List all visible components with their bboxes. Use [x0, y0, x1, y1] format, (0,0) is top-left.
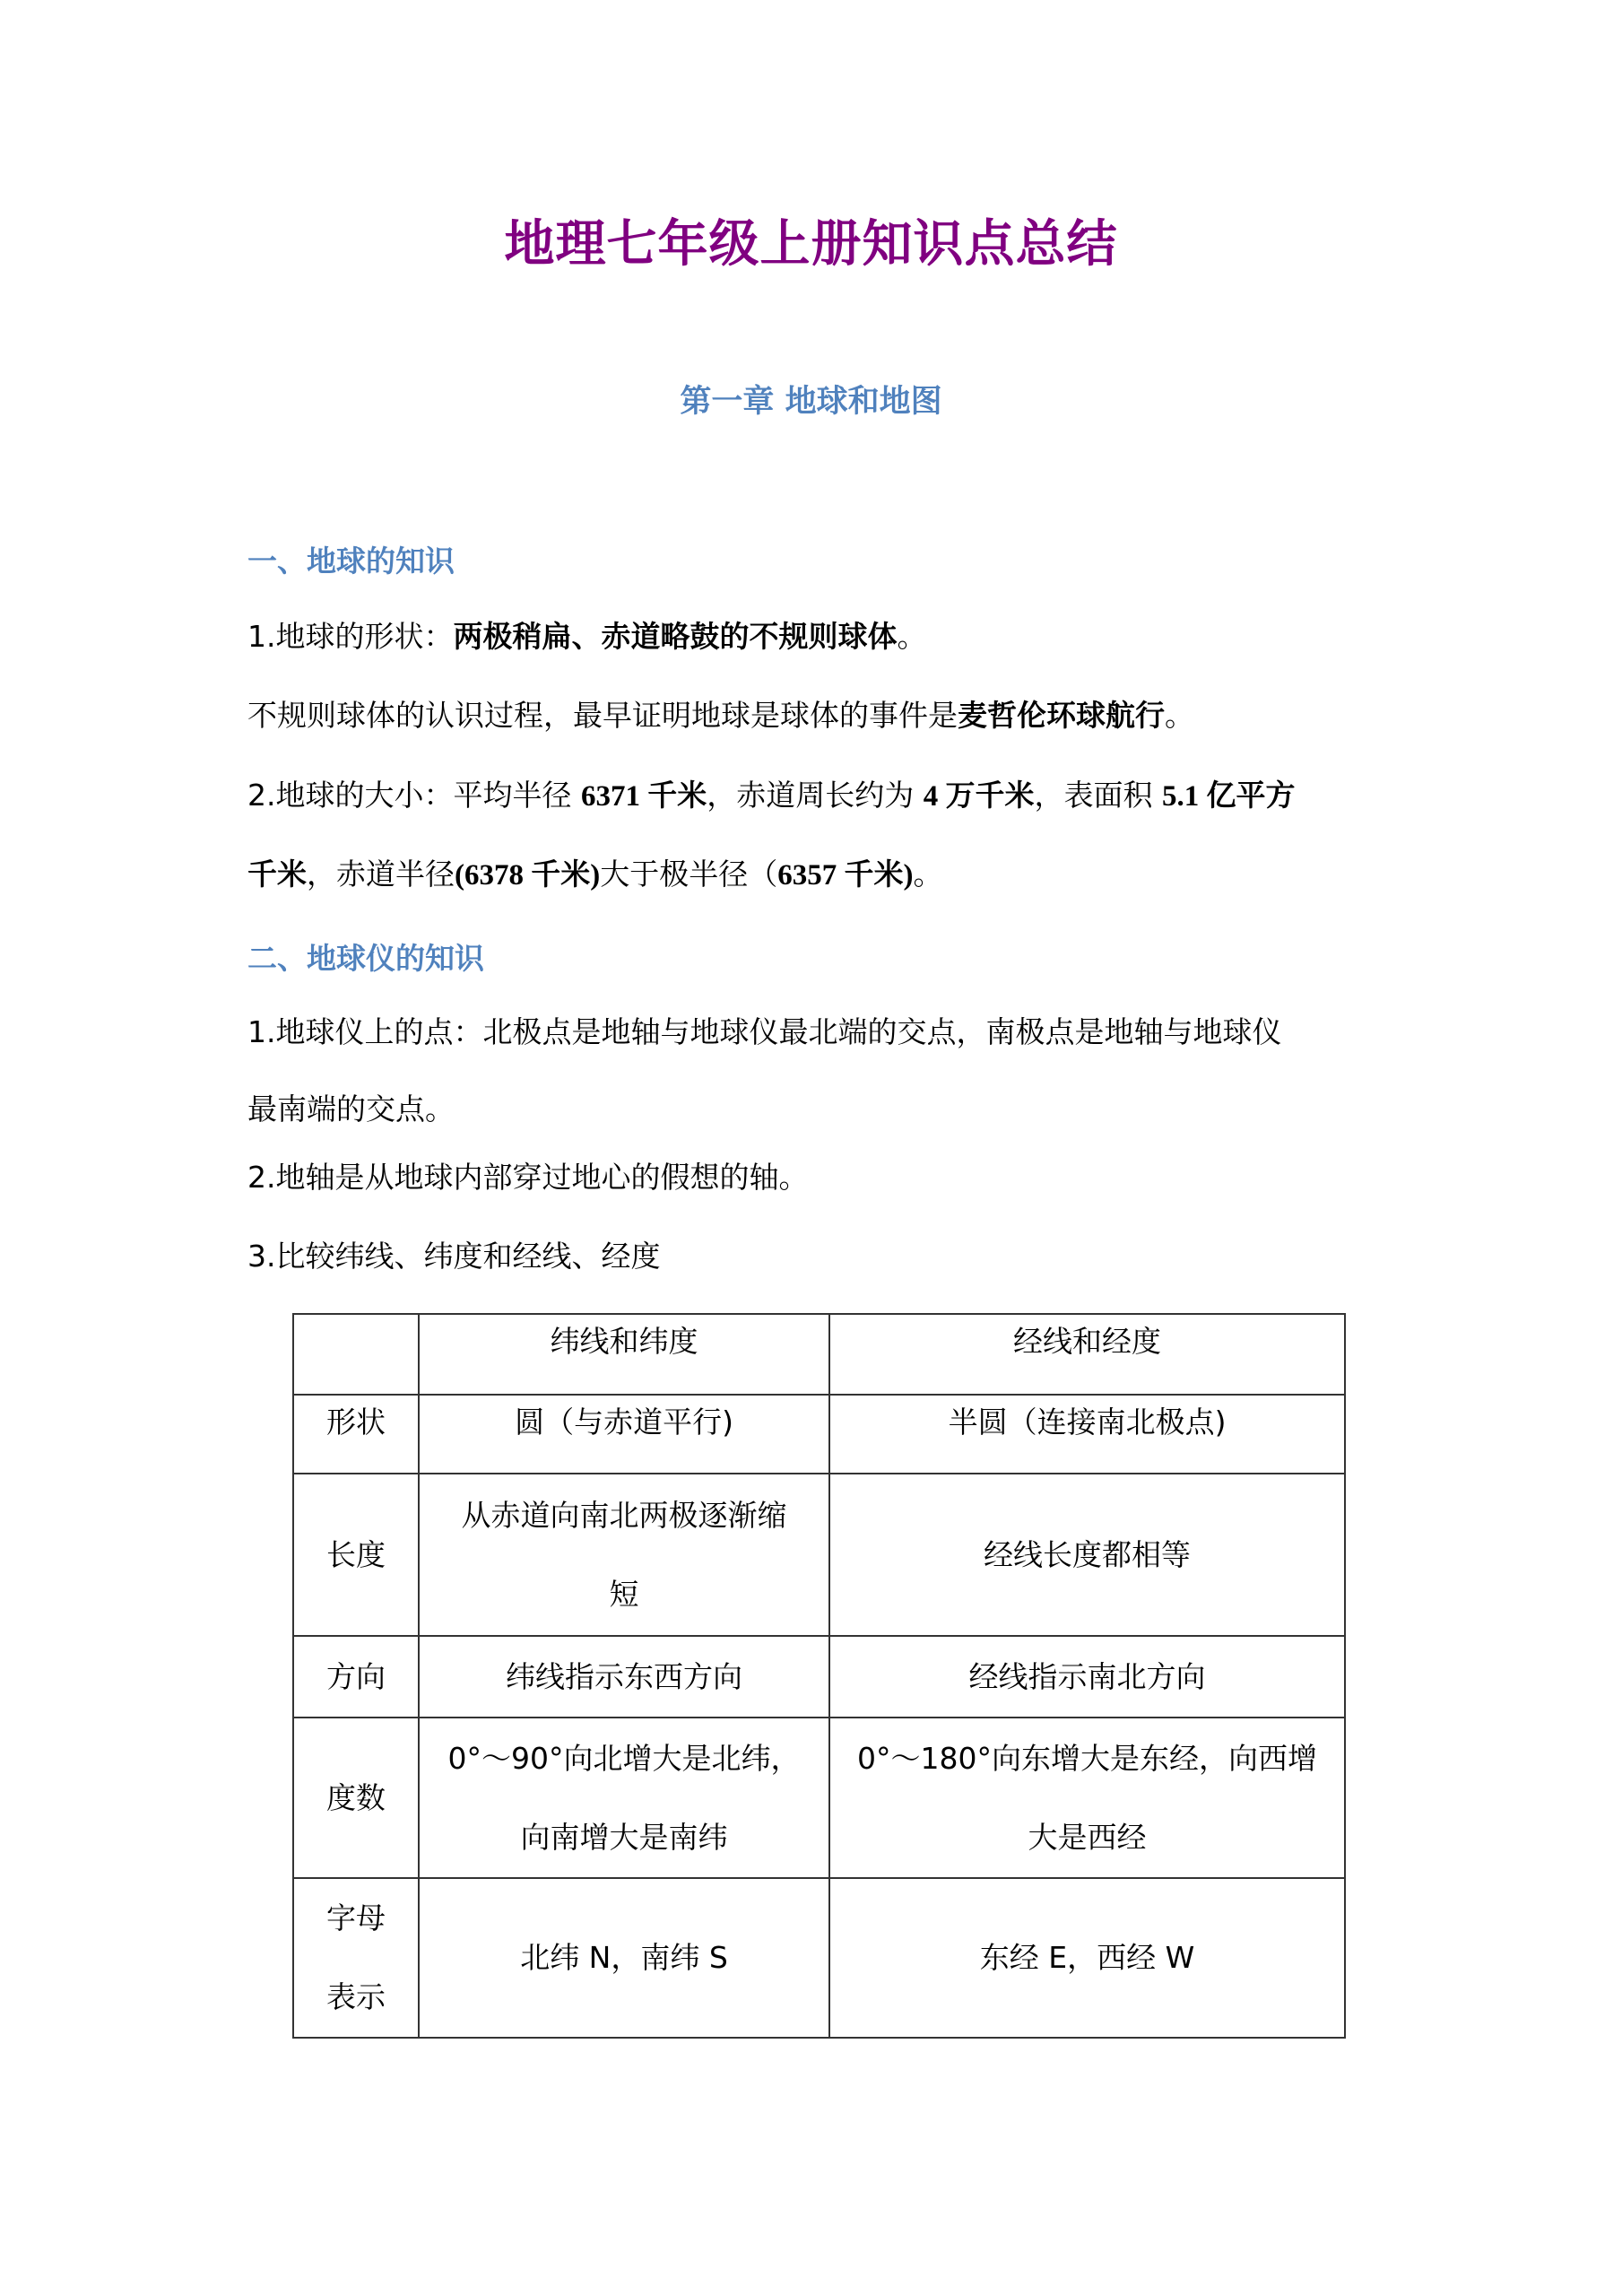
- table-header-cell-empty: [293, 1314, 419, 1395]
- paragraph-suffix: 。: [1165, 698, 1194, 733]
- text-run: ，赤道周长约为: [707, 778, 924, 813]
- cell-line: 大是西经: [841, 1798, 1333, 1877]
- paragraph-globe-points-line1: 1.地球仪上的点：北极点是地轴与地球仪最北端的交点，南极点是地轴与地球仪: [247, 1013, 1282, 1052]
- bold-run: 5.1 亿平方: [1162, 780, 1296, 813]
- bold-run: 千米: [247, 857, 307, 891]
- table-row: 形状 圆（与赤道平行) 半圆（连接南北极点): [293, 1395, 1345, 1474]
- bold-run: 6371 千米: [581, 780, 707, 813]
- table-row: 方向 纬线指示东西方向 经线指示南北方向: [293, 1636, 1345, 1718]
- text-run: ，表面积: [1034, 778, 1162, 813]
- table-row-label: 字母 表示: [293, 1878, 419, 2038]
- cell-line: 0°～90°向北增大是北纬，: [430, 1719, 818, 1798]
- cell-line: 向南增大是南纬: [430, 1798, 818, 1877]
- comparison-table: 纬线和纬度 经线和经度 形状 圆（与赤道平行) 半圆（连接南北极点) 长度 从赤…: [292, 1313, 1346, 2039]
- paragraph-suffix: 。: [898, 619, 927, 654]
- bold-run: 4 万千米: [924, 780, 1035, 813]
- paragraph-earth-shape: 1.地球的形状：两极稍扁、赤道略鼓的不规则球体。: [247, 617, 927, 657]
- paragraph-earth-size-line2: 千米，赤道半径(6378 千米)大于极半径（6357 千米)。: [247, 855, 942, 895]
- table-row-label: 长度: [293, 1474, 419, 1636]
- table-cell-latitude: 北纬 N，南纬 S: [419, 1878, 829, 2038]
- bold-run: 6357 千米): [777, 859, 913, 891]
- table-cell-longitude: 经线长度都相等: [829, 1474, 1345, 1636]
- table-cell-latitude: 纬线指示东西方向: [419, 1636, 829, 1718]
- table-cell-latitude: 圆（与赤道平行): [419, 1395, 829, 1474]
- table-row-label: 度数: [293, 1718, 419, 1878]
- table-cell-longitude: 经线指示南北方向: [829, 1636, 1345, 1718]
- cell-line: 0°～180°向东增大是东经，向西增: [841, 1719, 1333, 1798]
- text-run: ，赤道半径: [307, 857, 455, 891]
- table-cell-longitude: 东经 E，西经 W: [829, 1878, 1345, 2038]
- paragraph-earth-size-line1: 2.地球的大小：平均半径 6371 千米，赤道周长约为 4 万千米，表面积 5.…: [247, 776, 1295, 816]
- chapter-heading: 第一章 地球和地图: [0, 377, 1622, 422]
- text-run: 2.地球的大小：平均半径: [247, 778, 581, 813]
- section-heading-earth: 一、地球的知识: [247, 538, 455, 580]
- paragraph-compare-intro: 3.比较纬线、纬度和经线、经度: [247, 1237, 661, 1276]
- table-row-label: 形状: [293, 1395, 419, 1474]
- table-row-label: 方向: [293, 1636, 419, 1718]
- table-cell-latitude: 0°～90°向北增大是北纬， 向南增大是南纬: [419, 1718, 829, 1878]
- cell-line: 从赤道向南北两极逐渐缩: [430, 1476, 818, 1555]
- paragraph-bold: 麦哲伦环球航行: [958, 698, 1165, 733]
- bold-run: (6378 千米): [455, 859, 600, 891]
- table-row: 字母 表示 北纬 N，南纬 S 东经 E，西经 W: [293, 1878, 1345, 2038]
- text-run: 。: [913, 857, 942, 891]
- cell-line: 短: [430, 1555, 818, 1634]
- text-run: 大于极半径（: [600, 857, 777, 891]
- paragraph-prefix: 不规则球体的认识过程，最早证明地球是球体的事件是: [247, 698, 958, 733]
- cell-line: 表示: [305, 1958, 407, 2037]
- cell-line: 字母: [305, 1879, 407, 1958]
- paragraph-globe-points-line2: 最南端的交点。: [247, 1090, 455, 1129]
- table-cell-longitude: 半圆（连接南北极点): [829, 1395, 1345, 1474]
- table-cell-longitude: 0°～180°向东增大是东经，向西增 大是西经: [829, 1718, 1345, 1878]
- paragraph-prefix: 1.地球的形状：: [247, 619, 454, 654]
- table-header-cell-latitude: 纬线和纬度: [419, 1314, 829, 1395]
- table-cell-latitude: 从赤道向南北两极逐渐缩 短: [419, 1474, 829, 1636]
- table-header-cell-longitude: 经线和经度: [829, 1314, 1345, 1395]
- paragraph-bold: 两极稍扁、赤道略鼓的不规则球体: [454, 619, 898, 654]
- document-title: 地理七年级上册知识点总结: [0, 204, 1622, 276]
- table-row: 长度 从赤道向南北两极逐渐缩 短 经线长度都相等: [293, 1474, 1345, 1636]
- table-row: 度数 0°～90°向北增大是北纬， 向南增大是南纬 0°～180°向东增大是东经…: [293, 1718, 1345, 1878]
- table-header-row: 纬线和纬度 经线和经度: [293, 1314, 1345, 1395]
- paragraph-recognition: 不规则球体的认识过程，最早证明地球是球体的事件是麦哲伦环球航行。: [247, 696, 1194, 735]
- paragraph-earth-axis: 2.地轴是从地球内部穿过地心的假想的轴。: [247, 1158, 809, 1197]
- section-heading-globe: 二、地球仪的知识: [247, 935, 484, 978]
